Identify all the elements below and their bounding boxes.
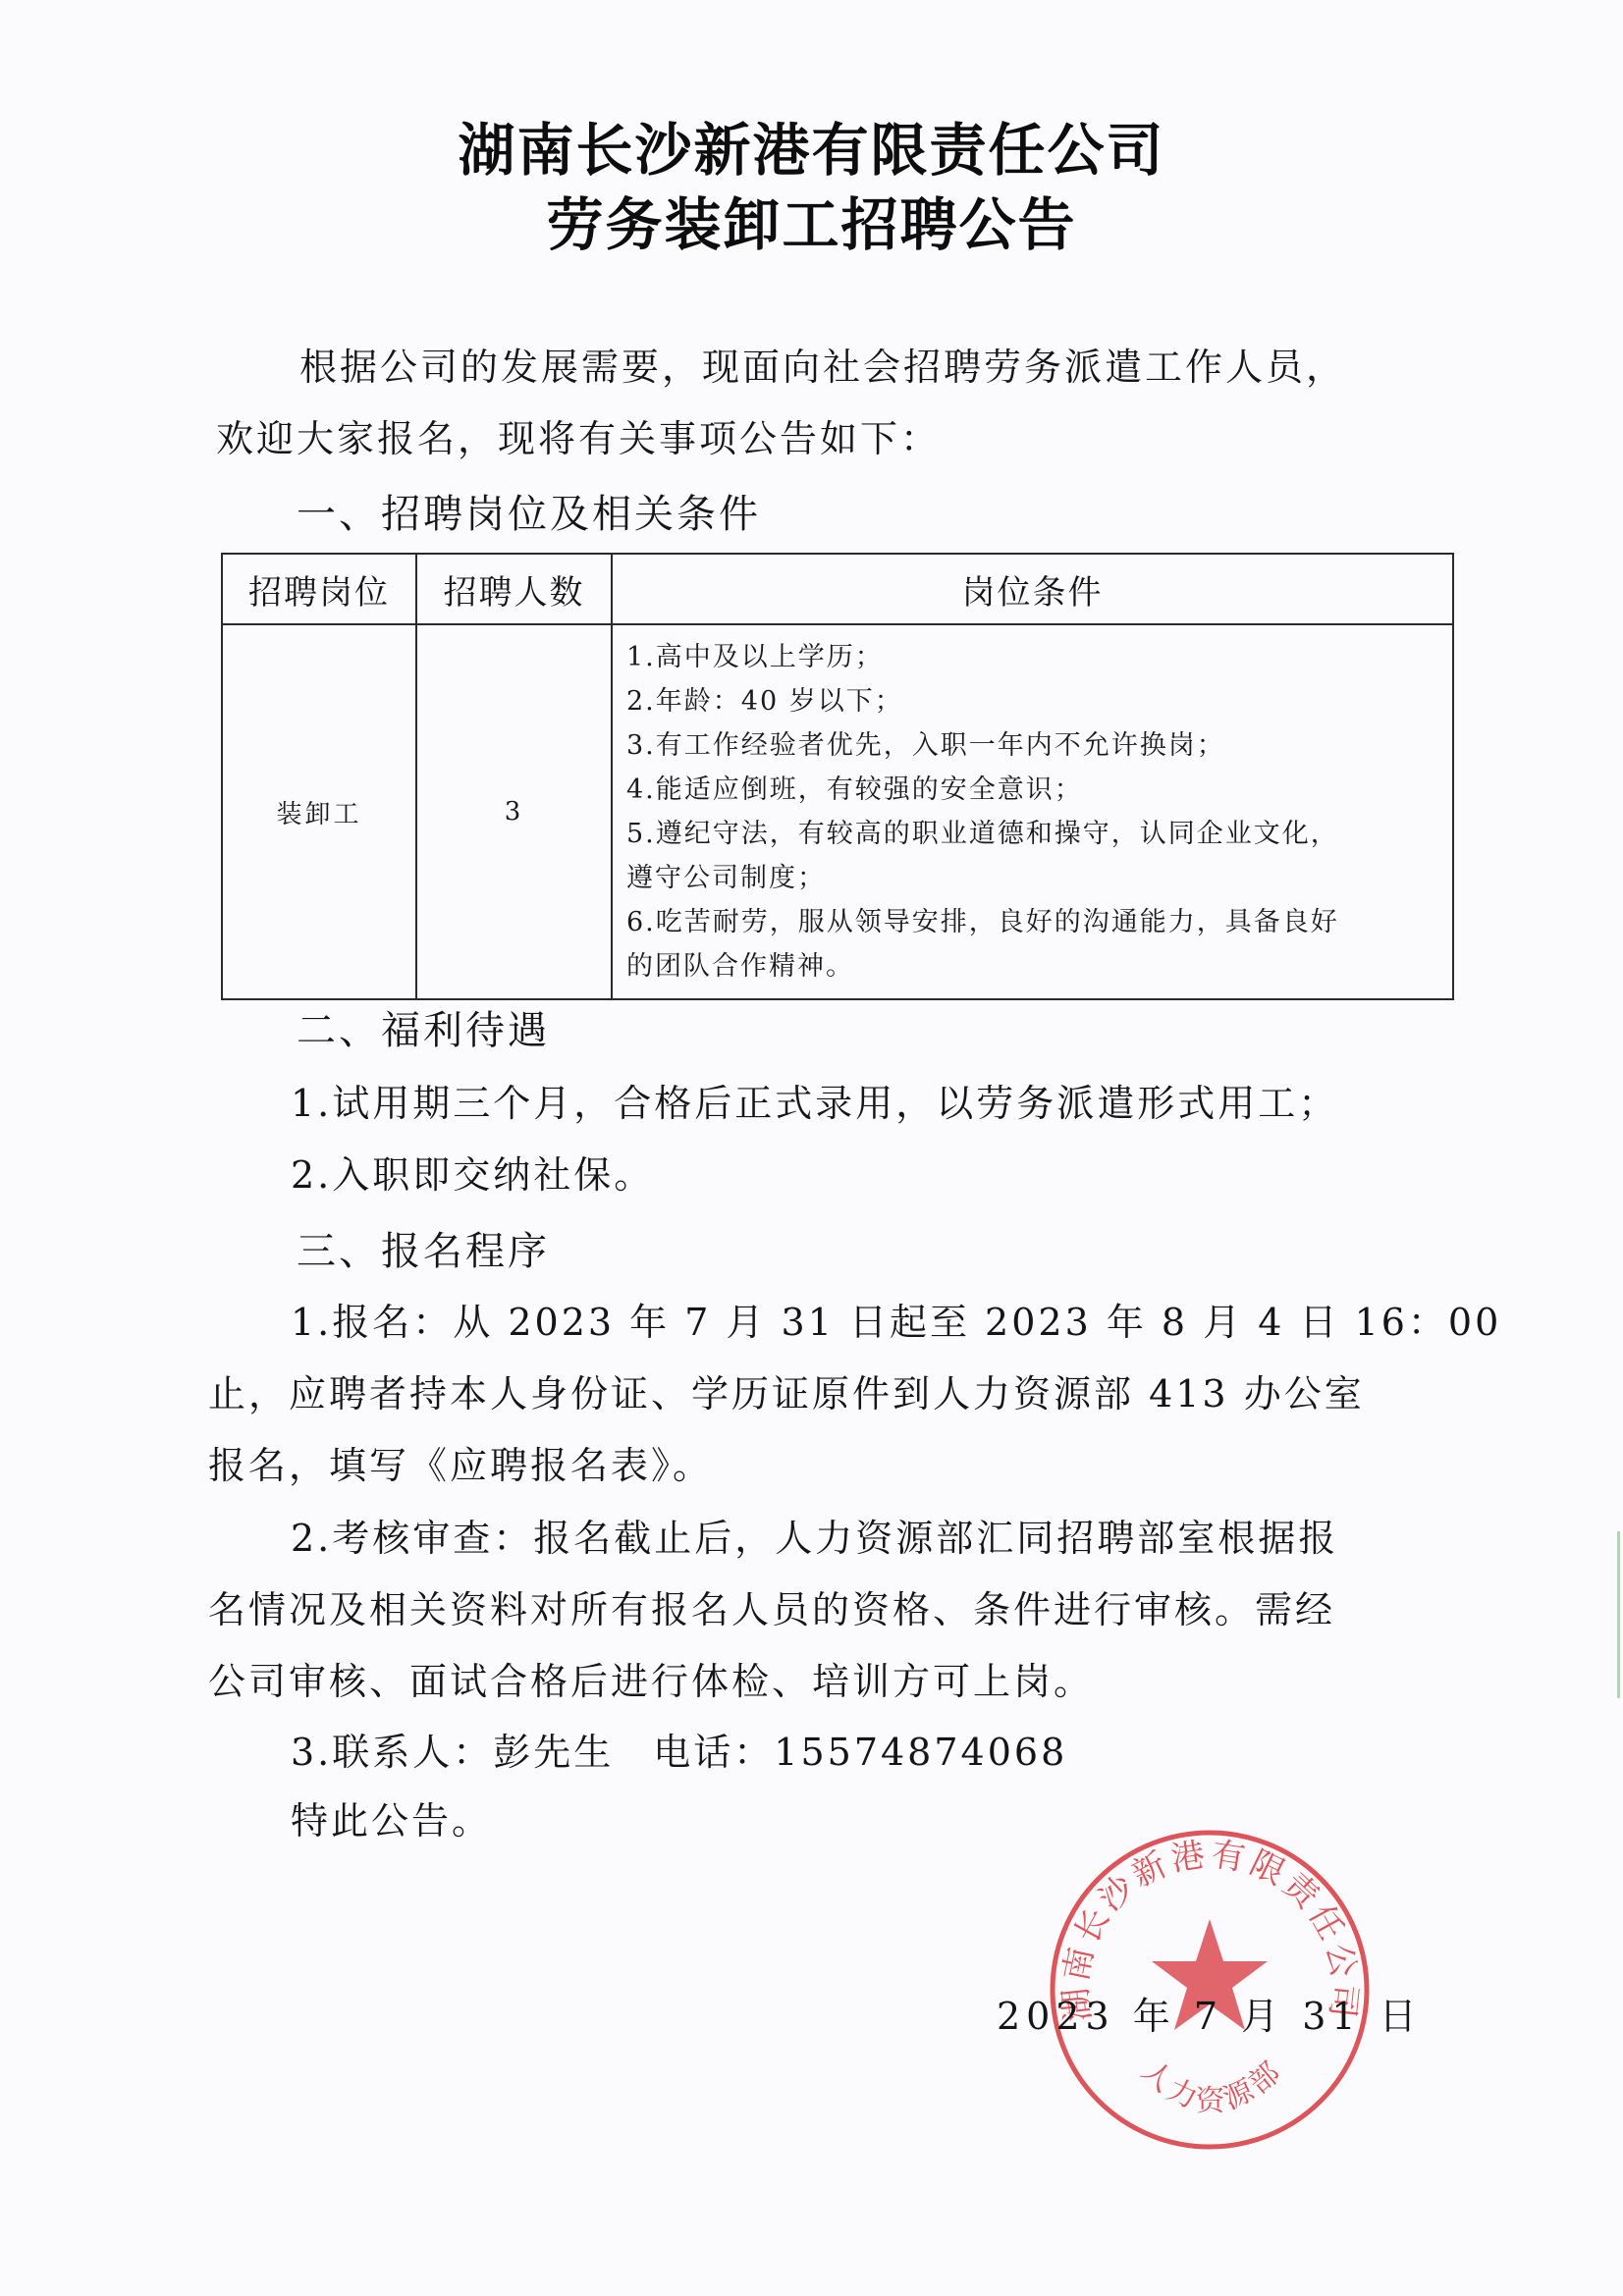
contact-label: 3.联系人： (291, 1731, 493, 1774)
header-count: 招聘人数 (416, 554, 612, 624)
cell-conditions: 1.高中及以上学历； 2.年龄：40 岁以下； 3.有工作经验者优先，入职一年内… (612, 624, 1453, 999)
scan-edge-mark (1617, 1531, 1620, 1698)
procedure-1-line-2: 止，应聘者持本人身份证、学历证原件到人力资源部 413 办公室 (208, 1372, 1365, 1415)
condition-line: 3.有工作经验者优先，入职一年内不允许换岗； (626, 723, 1440, 768)
condition-line: 6.吃苦耐劳，服从领导安排，良好的沟通能力，具备良好 (626, 900, 1440, 944)
intro-line-1: 根据公司的发展需要，现面向社会招聘劳务派遣工作人员， (299, 346, 1346, 389)
phone-label: 电话： (653, 1731, 774, 1774)
procedure-1-line-3: 报名，填写《应聘报名表》。 (208, 1444, 713, 1487)
contact-name: 彭先生 (493, 1731, 614, 1774)
condition-line: 4.能适应倒班，有较强的安全意识； (626, 768, 1440, 812)
requirements-table: 招聘岗位 招聘人数 岗位条件 装卸工 3 1.高中及以上学历； 2.年龄：40 … (221, 553, 1454, 1000)
procedure-1-line-1: 1.报名：从 2023 年 7 月 31 日起至 2023 年 8 月 4 日 … (291, 1301, 1501, 1344)
svg-text:人力资源部: 人力资源部 (1135, 2054, 1290, 2119)
procedure-2-line-1: 2.考核审查：报名截止后，人力资源部汇同招聘部室根据报 (291, 1517, 1338, 1560)
cell-count: 3 (416, 624, 612, 999)
announcement-date: 2023 年 7 月 31 日 (997, 1986, 1423, 2040)
section-2-heading: 二、福利待遇 (297, 1009, 550, 1052)
contact-line: 3.联系人：彭先生电话：15574874068 (291, 1731, 1067, 1774)
header-position: 招聘岗位 (222, 554, 416, 624)
table-header-row: 招聘岗位 招聘人数 岗位条件 (222, 554, 1453, 624)
announcement-page: 湖南长沙新港有限责任公司 劳务装卸工招聘公告 根据公司的发展需要，现面向社会招聘… (0, 0, 1623, 2296)
section-3-heading: 三、报名程序 (297, 1230, 550, 1273)
announcement-title: 劳务装卸工招聘公告 (0, 190, 1623, 259)
condition-line: 1.高中及以上学历； (626, 635, 1440, 679)
condition-line: 遵守公司制度； (626, 856, 1440, 900)
intro-line-2: 欢迎大家报名，现将有关事项公告如下： (216, 417, 941, 460)
procedure-2-line-3: 公司审核、面试合格后进行体检、培训方可上岗。 (208, 1660, 1094, 1703)
condition-line: 2.年龄：40 岁以下； (626, 679, 1440, 723)
phone-number: 15574874068 (774, 1731, 1067, 1774)
cell-position: 装卸工 (222, 624, 416, 999)
procedure-2-line-2: 名情况及相关资料对所有报名人员的资格、条件进行审核。需经 (208, 1588, 1335, 1631)
section-1-heading: 一、招聘岗位及相关条件 (297, 493, 761, 536)
condition-line: 的团队合作精神。 (626, 944, 1440, 988)
header-conditions: 岗位条件 (612, 554, 1453, 624)
condition-line: 5.遵纪守法，有较高的职业道德和操守，认同企业文化， (626, 812, 1440, 856)
benefit-item: 2.入职即交纳社保。 (291, 1153, 654, 1197)
benefit-item: 1.试用期三个月，合格后正式录用，以劳务派遣形式用工； (291, 1082, 1338, 1125)
closing-line: 特此公告。 (291, 1799, 492, 1842)
table-row: 装卸工 3 1.高中及以上学历； 2.年龄：40 岁以下； 3.有工作经验者优先… (222, 624, 1453, 999)
company-title: 湖南长沙新港有限责任公司 (0, 116, 1623, 185)
